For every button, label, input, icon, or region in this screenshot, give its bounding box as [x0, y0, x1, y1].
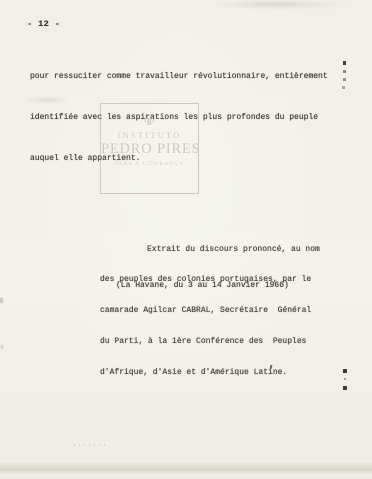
watermark-name: PEDRO PIRES — [101, 141, 198, 158]
ink-dot — [344, 378, 346, 380]
ink-mark — [342, 86, 345, 89]
watermark-tagline: PARA A LIDERANÇA — [101, 161, 198, 167]
scan-smudge-left — [26, 97, 68, 103]
citation-line: Extrait du discours prononcé, au nom — [100, 245, 320, 255]
pedro-pires-monogram-icon: PP — [101, 117, 198, 128]
edge-speck — [1, 345, 3, 349]
citation-source-line: (La Havane, du 3 au 14 Janvier 1966) — [116, 281, 289, 290]
ink-dot — [343, 369, 347, 373]
citation-line: camarade Agilcar CABRAL, Secrétaire Géné… — [100, 306, 320, 316]
instituto-pedro-pires-watermark: PP INSTITUTO PEDRO PIRES PARA A LIDERANÇ… — [100, 103, 199, 194]
ink-mark — [343, 70, 346, 73]
scan-bottom-shadow — [0, 462, 372, 474]
citation-line: du Parti, à la 1ère Conférence des Peupl… — [100, 337, 320, 347]
scanned-document-page: - 12 - pour ressuciter comme travailleur… — [0, 0, 372, 479]
monogram-left-p: P — [144, 117, 150, 128]
ink-mark — [343, 61, 346, 65]
paragraph-line: pour ressuciter comme travailleur révolu… — [30, 70, 328, 84]
page-number: - 12 - — [27, 19, 60, 29]
citation-line: d'Afrique, d'Asie et d'Amérique Latine. — [100, 368, 320, 378]
ink-dot — [343, 386, 347, 390]
ink-mark — [343, 78, 346, 81]
watermark-institution: INSTITUTO — [101, 130, 198, 140]
faint-dot-row — [72, 443, 108, 447]
scan-smudge-top — [208, 0, 348, 9]
edge-speck — [0, 298, 3, 303]
citation-block: Extrait du discours prononcé, au nom des… — [100, 224, 320, 399]
